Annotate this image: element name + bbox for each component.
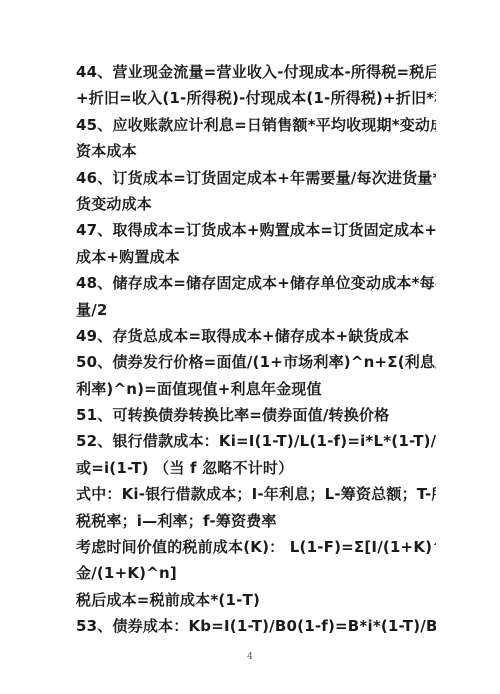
formula-line: 货变动成本 (76, 191, 436, 217)
formula-line: 50、债券发行价格=面值/(1+市场利率)^n+Σ(利息/(1+市场 (76, 349, 436, 375)
formula-line: 51、可转换债券转换比率=债券面值/转换价格 (76, 402, 436, 428)
formula-line: 考虑时间价值的税前成本(K)： L(1-F)=Σ[I/(1+K)^t]+[本 (76, 534, 436, 560)
formula-line: 量/2 (76, 297, 436, 323)
formula-line: 52、银行借款成本：Ki=I(1-T)/L(1-f)=i*L*(1-T)/L(1… (76, 428, 436, 454)
formula-line: +折旧=收入(1-所得税)-付现成本(1-所得税)+折旧*税率 (76, 85, 436, 111)
formula-line: 成本+购置成本 (76, 244, 436, 270)
formula-line: 资本成本 (76, 138, 436, 164)
formula-line: 式中：Ki-银行借款成本；I-年利息；L-筹资总额；T-所得 (76, 481, 436, 507)
formula-line: 47、取得成本=订货成本+购置成本=订货固定成本+订货变动 (76, 217, 436, 243)
formula-line: 税后成本=税前成本*(1-T) (76, 587, 436, 613)
formula-lines: 44、营业现金流量=营业收入-付现成本-所得税=税后净利润+折旧=收入(1-所得… (76, 59, 436, 640)
formula-line: 金/(1+K)^n] (76, 560, 436, 586)
document-page: 44、营业现金流量=营业收入-付现成本-所得税=税后净利润+折旧=收入(1-所得… (0, 0, 500, 694)
formula-line: 税税率；i—利率；f-筹资费率 (76, 508, 436, 534)
formula-line: 46、订货成本=订货固定成本+年需要量/每次进货量*每次订 (76, 165, 436, 191)
formula-line: 或=i(1-T) （当 f 忽略不计时） (76, 455, 436, 481)
formula-line: 45、应收账款应计利息=日销售额*平均收现期*变动成本率* (76, 112, 436, 138)
formula-line: 44、营业现金流量=营业收入-付现成本-所得税=税后净利润 (76, 59, 436, 85)
formula-line: 53、债券成本：Kb=I(1-T)/B0(1-f)=B*i*(1-T)/B0(1… (76, 613, 436, 639)
formula-line: 利率)^n)=面值现值+利息年金现值 (76, 376, 436, 402)
page-number: 4 (0, 652, 500, 662)
formula-line: 49、存货总成本=取得成本+储存成本+缺货成本 (76, 323, 436, 349)
formula-line: 48、储存成本=储存固定成本+储存单位变动成本*每次进货 (76, 270, 436, 296)
